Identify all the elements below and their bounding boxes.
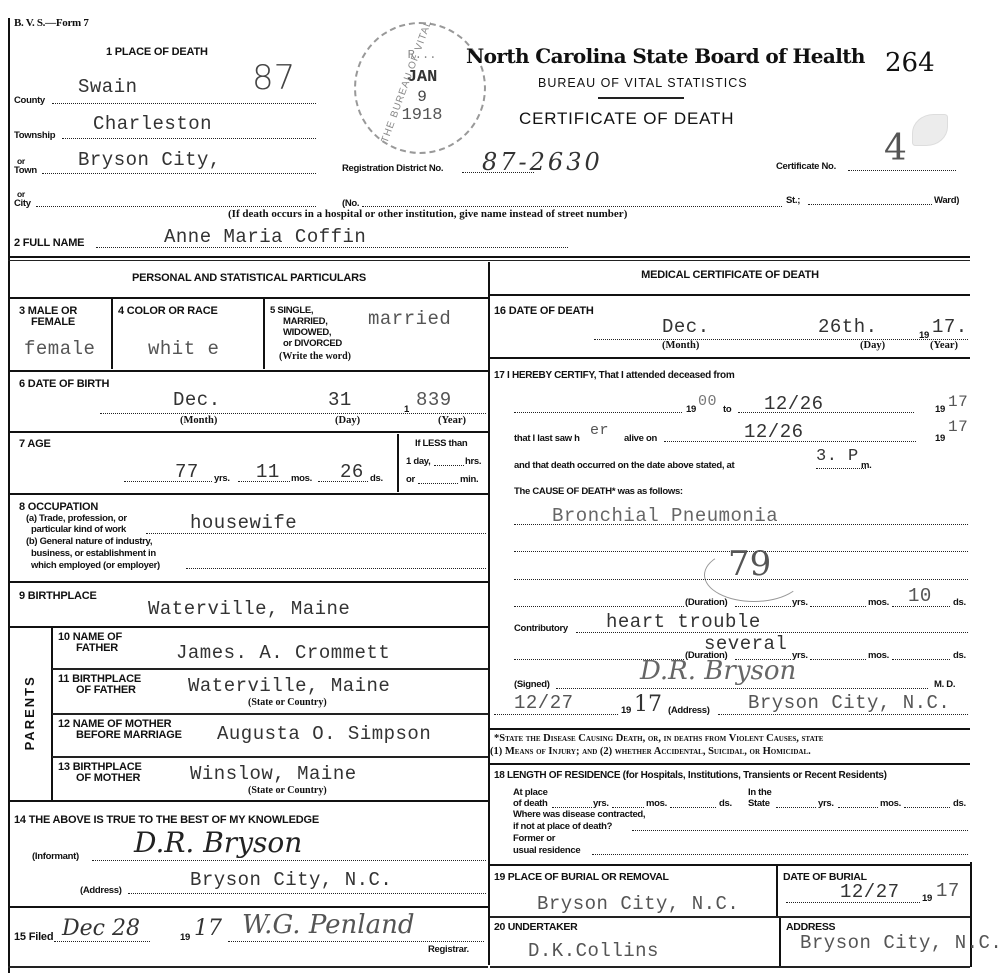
md-label: M. D.	[934, 680, 955, 690]
in-state-label-1: In the	[748, 788, 772, 798]
duration-days-value: 10	[908, 585, 932, 607]
dod-month-caption: (Month)	[662, 340, 699, 351]
signed-label: (Signed)	[514, 680, 550, 690]
signed-date-line	[494, 714, 618, 715]
dob-label: 6 DATE OF BIRTH	[19, 379, 109, 391]
filed-year-prefix: 19	[180, 933, 190, 943]
at-place-label-2: of death	[513, 799, 548, 809]
footnote-line-1: *State the Disease Causing Death, or, in…	[494, 733, 823, 744]
form-id: B. V. S.—Form 7	[14, 18, 89, 30]
birthplace-value: Waterville, Maine	[148, 598, 350, 620]
ward-label: Ward)	[934, 196, 959, 206]
death-time-ampm: P	[848, 447, 859, 466]
certificate-page: B. V. S.—Form 7 1 PLACE OF DEATH 87 R...…	[0, 0, 1000, 979]
at-place-ds-line	[670, 807, 716, 808]
former-label-1: Former or	[513, 834, 555, 844]
certificate-no-line	[848, 170, 956, 171]
mother-name-value: Augusta O. Simpson	[217, 723, 431, 745]
rule-burial	[490, 916, 970, 918]
duration-line	[514, 606, 684, 607]
full-name-label: 2 FULL NAME	[14, 238, 84, 250]
hrs-label: hrs.	[465, 457, 481, 467]
rule-row-9	[8, 626, 488, 628]
at-place-mos-label: mos.	[646, 799, 667, 809]
age-mos-label: mos.	[291, 474, 312, 484]
rule-dod	[490, 357, 970, 359]
contracted-line	[632, 830, 968, 831]
informant-address-line	[128, 893, 486, 894]
age-yrs-label: yrs.	[214, 474, 230, 484]
attended-from-value: 00	[698, 393, 717, 410]
attended-to-label: to	[723, 405, 731, 415]
duration-yrs-line	[735, 606, 791, 607]
at-place-ds-label: ds.	[719, 799, 732, 809]
left-border	[8, 18, 10, 973]
duration-mos-label: mos.	[868, 598, 889, 608]
dod-line	[594, 339, 968, 340]
residence-heading: 18 LENGTH OF RESIDENCE (for Hospitals, I…	[494, 771, 887, 782]
rule-row-5	[8, 370, 488, 372]
age-label: 7 AGE	[19, 439, 51, 451]
burial-place-value: Bryson City, N.C.	[537, 893, 739, 915]
occupation-b-2: business, or establishment in	[31, 549, 156, 559]
leaf-watermark-icon	[912, 114, 948, 146]
physician-address-label: (Address)	[668, 706, 710, 716]
attended-year-prefix: 19	[935, 405, 945, 415]
mother-state-caption: (State or Country)	[248, 785, 327, 796]
birthplace-label: 9 BIRTHPLACE	[19, 591, 97, 603]
occupation-b-3: which employed (or employer)	[31, 561, 160, 571]
undertaker-value: D.K.Collins	[528, 940, 659, 962]
last-saw-date-value: 12/26	[744, 421, 804, 443]
cause-line-3	[514, 579, 968, 580]
stamp-day: 9	[356, 88, 488, 106]
dod-day-value: 26th.	[818, 316, 878, 338]
race-label: 4 COLOR OR RACE	[118, 306, 218, 318]
death-time-line	[816, 468, 866, 469]
physician-signature: D.R. Bryson	[640, 656, 796, 686]
marital-label-2: MARRIED,	[283, 317, 328, 327]
at-place-label-1: At place	[513, 788, 548, 798]
death-time-label: and that death occurred on the date abov…	[514, 461, 734, 471]
county-value: Swain	[78, 76, 138, 98]
registrar-label: Registrar.	[428, 945, 469, 955]
dob-day-value: 31	[328, 389, 352, 411]
attended-from-prefix: 19	[686, 405, 696, 415]
physician-address-value: Bryson City, N.C.	[748, 692, 950, 714]
father-state-caption: (State or Country)	[248, 697, 327, 708]
age-divider	[397, 434, 399, 492]
informant-line	[92, 860, 486, 861]
township-value: Charleston	[93, 113, 212, 135]
min-line	[418, 483, 458, 484]
town-line	[42, 173, 316, 174]
father-birthplace-value: Waterville, Maine	[188, 675, 390, 697]
death-time-hour: 3.	[816, 447, 837, 466]
rule-mother	[52, 756, 488, 758]
rule-row-8	[8, 581, 488, 583]
signed-date-value: 12/27	[514, 692, 574, 714]
age-ds-label: ds.	[370, 474, 383, 484]
section-rule-top	[8, 256, 970, 258]
dob-month-value: Dec.	[173, 389, 221, 411]
duration-mos-line	[810, 606, 866, 607]
min-label: min.	[460, 475, 478, 485]
certificate-title: CERTIFICATE OF DEATH	[519, 109, 734, 129]
dob-month-caption: (Month)	[180, 415, 217, 426]
place-of-death-heading: 1 PLACE OF DEATH	[106, 47, 208, 59]
dob-year-caption: (Year)	[438, 415, 466, 426]
contrib-ds-line	[892, 659, 950, 660]
signed-line	[556, 688, 928, 689]
in-state-yrs-line	[776, 807, 816, 808]
certificate-no-value: 4	[884, 128, 907, 169]
personal-heading: PERSONAL AND STATISTICAL PARTICULARS	[10, 273, 488, 285]
city-line	[36, 206, 316, 207]
township-line	[62, 138, 316, 139]
dob-year-value: 839	[416, 389, 452, 411]
marital-label-5: (Write the word)	[279, 351, 351, 362]
town-label: Town	[14, 166, 37, 176]
dod-label: 16 DATE OF DEATH	[494, 306, 594, 318]
section-rule-top-2	[8, 260, 970, 261]
occupation-b-line	[186, 568, 486, 569]
in-state-ds-label: ds.	[953, 799, 966, 809]
page-number: 264	[885, 48, 935, 78]
at-place-mos-line	[612, 807, 644, 808]
contrib-ds-label: ds.	[953, 651, 966, 661]
dob-day-caption: (Day)	[335, 415, 360, 426]
age-years-value: 77	[175, 461, 199, 483]
sex-label-2: FEMALE	[31, 317, 75, 329]
race-divider	[263, 299, 265, 369]
father-birthplace-label-2: OF FATHER	[76, 685, 136, 697]
header-rule	[598, 97, 684, 99]
undertaker-divider	[779, 918, 781, 966]
burial-place-label: 19 PLACE OF BURIAL OR REMOVAL	[494, 872, 669, 883]
if-less-label: If LESS than	[415, 439, 467, 449]
received-stamp: R... JAN 9 1918 THE BUREAU OF VITAL	[354, 22, 486, 154]
father-name-label-2: FATHER	[76, 643, 118, 655]
duration-label: (Duration)	[685, 598, 727, 608]
rule-row-6	[8, 431, 488, 433]
duration-ds-label: ds.	[953, 598, 966, 608]
ward-line	[808, 204, 932, 205]
county-line	[52, 103, 316, 104]
informant-address-value: Bryson City, N.C.	[190, 869, 392, 891]
registration-district-value: 87-2630	[482, 148, 603, 176]
dod-year-value: 17.	[932, 316, 968, 338]
burial-year-prefix: 19	[922, 894, 932, 904]
registrar-signature: W.G. Penland	[242, 910, 414, 940]
informant-heading: 14 THE ABOVE IS TRUE TO THE BEST OF MY K…	[14, 815, 319, 827]
attended-year-value: 17	[948, 393, 968, 411]
occupation-b-1: (b) General nature of industry,	[26, 537, 152, 547]
full-name-value: Anne Maria Coffin	[164, 226, 366, 248]
contracted-label-2: if not at place of death?	[513, 822, 612, 832]
contracted-label-1: Where was disease contracted,	[513, 810, 645, 820]
cause-code-circle	[704, 548, 804, 602]
sex-value: female	[24, 338, 95, 360]
filed-date-value: Dec 28	[62, 916, 140, 941]
marital-label-1: 5 SINGLE,	[270, 306, 313, 316]
age-months-value: 11	[256, 461, 280, 483]
dod-month-value: Dec.	[662, 316, 710, 338]
father-name-value: James. A. Crommett	[176, 642, 390, 664]
contrib-mos-line	[810, 659, 866, 660]
race-value: whit e	[148, 338, 219, 360]
rule-medical	[490, 294, 970, 296]
certify-label: 17 I HEREBY CERTIFY, That I attended dec…	[494, 371, 734, 382]
township-label: Township	[14, 131, 55, 141]
burial-divider	[776, 866, 778, 916]
dod-day-caption: (Day)	[860, 340, 885, 351]
mother-birthplace-value: Winslow, Maine	[190, 763, 357, 785]
marital-value: married	[368, 308, 451, 330]
town-value: Bryson City,	[78, 149, 221, 171]
occupation-a-1: (a) Trade, profession, or	[26, 514, 127, 524]
occupation-value: housewife	[190, 512, 297, 534]
rule-row-7	[8, 493, 488, 495]
hrs-line	[434, 465, 464, 466]
burial-date-value: 12/27	[840, 881, 900, 903]
rule-parents	[8, 800, 488, 802]
footnote-line-2: (1) Means of Injury; and (2) whether Acc…	[490, 746, 811, 757]
rule-personal	[8, 297, 488, 299]
informant-signature: D.R. Bryson	[134, 826, 302, 859]
city-label: City	[14, 199, 31, 209]
age-days-value: 26	[340, 461, 364, 483]
last-saw-label: that I last saw h	[514, 434, 580, 444]
signed-year-value: 17	[634, 692, 662, 717]
rule-residence	[490, 864, 970, 866]
rule-informant	[8, 906, 488, 908]
contributory-value: heart trouble	[606, 611, 761, 633]
informant-address-label: (Address)	[80, 886, 122, 896]
in-state-yrs-label: yrs.	[818, 799, 834, 809]
hospital-note: (If death occurs in a hospital or other …	[228, 208, 627, 220]
occupation-label: 8 OCCUPATION	[19, 502, 98, 514]
physician-address-line	[718, 714, 968, 715]
informant-label: (Informant)	[32, 852, 79, 862]
rule-father	[52, 668, 488, 670]
center-divider	[488, 262, 490, 965]
county-label: County	[14, 96, 45, 106]
street-line	[362, 206, 782, 207]
mother-name-label-2: BEFORE MARRIAGE	[76, 730, 182, 742]
cause-line-1	[514, 524, 968, 525]
in-state-label-2: State	[748, 799, 770, 809]
marital-label-3: WIDOWED,	[283, 328, 331, 338]
contributory-label: Contributory	[514, 624, 568, 634]
dob-line	[100, 413, 486, 414]
undertaker-label: 20 UNDERTAKER	[494, 922, 577, 933]
undertaker-address-value: Bryson City, N.C.	[800, 932, 1000, 954]
death-time-m: m.	[861, 461, 872, 471]
stamp-year: 1918	[356, 106, 488, 125]
certificate-no-label: Certificate No.	[776, 162, 836, 172]
at-place-yrs-line	[552, 807, 592, 808]
one-day-label: 1 day,	[406, 457, 430, 467]
marital-label-4: or DIVORCED	[283, 339, 342, 349]
in-state-ds-line	[904, 807, 950, 808]
alive-on-label: alive on	[624, 434, 657, 444]
rule-father-birthplace	[52, 713, 488, 715]
former-label-2: usual residence	[513, 846, 580, 856]
filed-date-line	[54, 941, 150, 942]
last-saw-year-value: 17	[948, 418, 968, 436]
medical-heading: MEDICAL CERTIFICATE OF DEATH	[490, 270, 970, 282]
former-line	[592, 854, 968, 855]
mother-birthplace-label-2: OF MOTHER	[76, 773, 140, 785]
in-state-mos-line	[838, 807, 878, 808]
rule-bottom-right	[490, 966, 970, 968]
registrar-line	[228, 941, 484, 942]
rule-signed	[490, 728, 970, 730]
attended-to-value: 12/26	[764, 393, 824, 415]
last-saw-year-prefix: 19	[935, 434, 945, 444]
stamp-month: JAN	[356, 68, 488, 87]
board-title: North Carolina State Board of Health	[466, 44, 865, 68]
parents-side-label: PARENTS	[23, 673, 37, 753]
rule-footnote	[490, 763, 970, 765]
filed-label: 15 Filed	[14, 932, 53, 944]
attended-from-line	[514, 412, 682, 413]
dod-year-caption: (Year)	[930, 340, 958, 351]
registration-district-label: Registration District No.	[342, 164, 443, 174]
signed-year-prefix: 19	[621, 706, 631, 716]
contrib-mos-label: mos.	[868, 651, 889, 661]
sex-divider	[111, 299, 113, 369]
cause-label: The CAUSE OF DEATH* was as follows:	[514, 487, 683, 497]
duration-yrs-label: yrs.	[792, 598, 808, 608]
occupation-a-2: particular kind of work	[31, 525, 126, 535]
street-st-label: St.;	[786, 196, 800, 206]
in-state-mos-label: mos.	[880, 799, 901, 809]
filed-year-value: 17	[194, 916, 222, 941]
file-number-handwritten: 87	[252, 58, 295, 98]
bureau-title: BUREAU OF VITAL STATISTICS	[538, 76, 748, 90]
or-label: or	[406, 475, 415, 485]
last-saw-pronoun: er	[590, 422, 609, 439]
burial-year-value: 17	[936, 880, 960, 902]
at-place-yrs-label: yrs.	[593, 799, 609, 809]
rule-bottom-left	[8, 966, 488, 968]
